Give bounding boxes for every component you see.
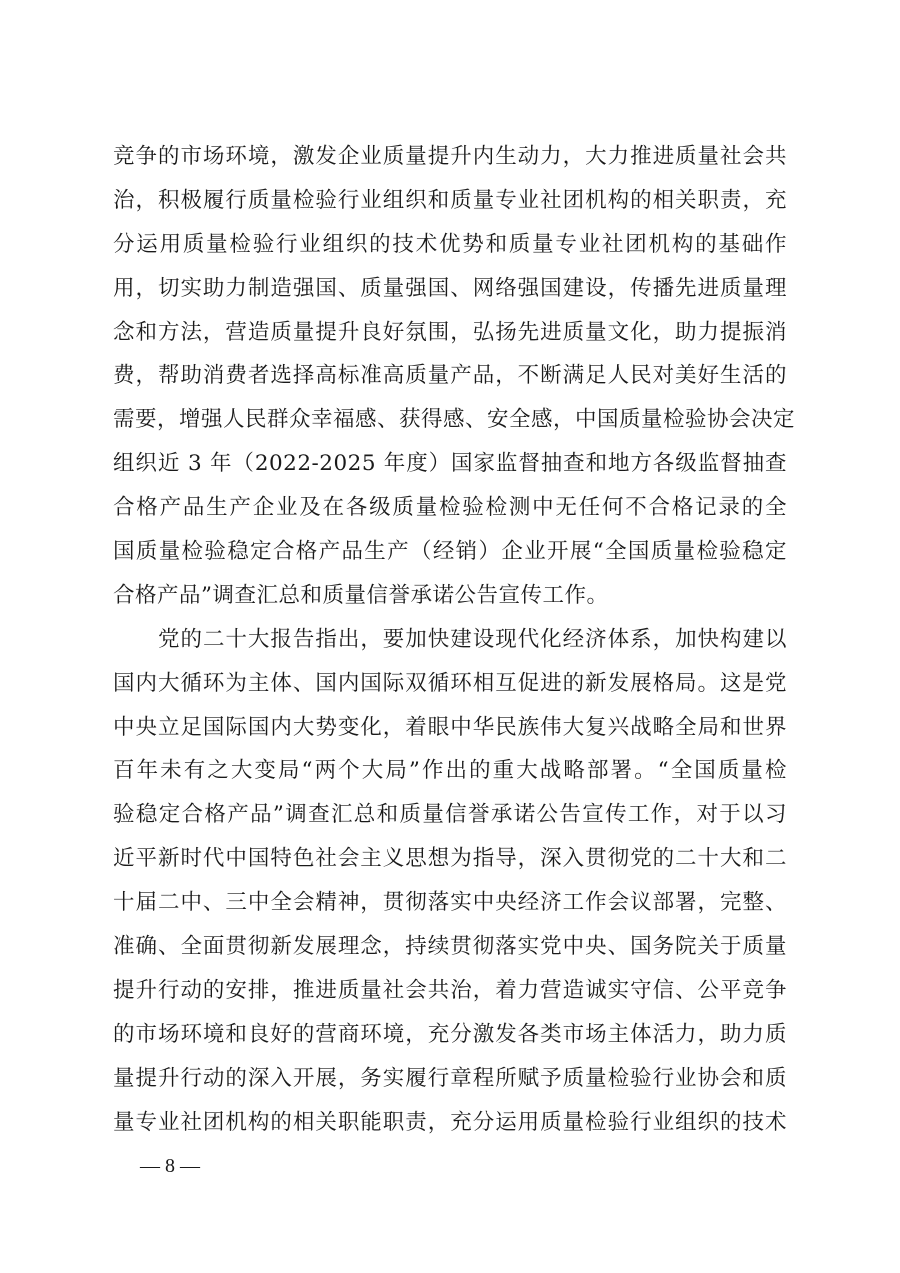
text-line: 治，积极履行质量检验行业组织和质量专业社团机构的相关职责，充 (113, 179, 787, 223)
text-line: 百年未有之大变局“两个大局”作出的重大战略部署。“全国质量检 (113, 749, 787, 793)
text-line: 国内大循环为主体、国内国际双循环相互促进的新发展格局。这是党 (113, 662, 787, 706)
document-page: 竞争的市场环境，激发企业质量提升内生动力，大力推进质量社会共 治，积极履行质量检… (0, 0, 900, 1273)
text-line: 的市场环境和良好的营商环境，充分激发各类市场主体活力，助力质 (113, 1013, 787, 1057)
text-line: 合格产品”调查汇总和质量信誉承诺公告宣传工作。 (113, 574, 787, 618)
paragraph-1: 竞争的市场环境，激发企业质量提升内生动力，大力推进质量社会共 治，积极履行质量检… (113, 135, 787, 618)
text-line: 中央立足国际国内大势变化，着眼中华民族伟大复兴战略全局和世界 (113, 706, 787, 750)
text-line: 用，切实助力制造强国、质量强国、网络强国建设，传播先进质量理 (113, 267, 787, 311)
text-line: 党的二十大报告指出，要加快建设现代化经济体系，加快构建以 (113, 618, 787, 662)
text-line: 费，帮助消费者选择高标准高质量产品，不断满足人民对美好生活的 (113, 354, 787, 398)
paragraph-2: 党的二十大报告指出，要加快建设现代化经济体系，加快构建以 国内大循环为主体、国内… (113, 618, 787, 1145)
text-line: 分运用质量检验行业组织的技术优势和质量专业社团机构的基础作 (113, 223, 787, 267)
text-line: 十届二中、三中全会精神，贯彻落实中央经济工作会议部署，完整、 (113, 881, 787, 925)
text-line: 准确、全面贯彻新发展理念，持续贯彻落实党中央、国务院关于质量 (113, 925, 787, 969)
text-line: 量提升行动的深入开展，务实履行章程所赋予质量检验行业协会和质 (113, 1057, 787, 1101)
text-line: 提升行动的安排，推进质量社会共治，着力营造诚实守信、公平竞争 (113, 969, 787, 1013)
text-line: 量专业社团机构的相关职能职责，充分运用质量检验行业组织的技术 (113, 1101, 787, 1145)
text-line: 验稳定合格产品”调查汇总和质量信誉承诺公告宣传工作，对于以习 (113, 793, 787, 837)
page-number: — 8 — (140, 1152, 200, 1180)
text-line: 念和方法，营造质量提升良好氛围，弘扬先进质量文化，助力提振消 (113, 311, 787, 355)
text-line: 合格产品生产企业及在各级质量检验检测中无任何不合格记录的全 (113, 486, 787, 530)
text-line: 近平新时代中国特色社会主义思想为指导，深入贯彻党的二十大和二 (113, 837, 787, 881)
text-line: 竞争的市场环境，激发企业质量提升内生动力，大力推进质量社会共 (113, 135, 787, 179)
text-line: 组织近 3 年（2022-2025 年度）国家监督抽查和地方各级监督抽查 (113, 442, 787, 486)
text-line: 国质量检验稳定合格产品生产（经销）企业开展“全国质量检验稳定 (113, 530, 787, 574)
text-line: 需要，增强人民群众幸福感、获得感、安全感，中国质量检验协会决定 (113, 398, 787, 442)
body-text: 竞争的市场环境，激发企业质量提升内生动力，大力推进质量社会共 治，积极履行质量检… (113, 135, 787, 1144)
